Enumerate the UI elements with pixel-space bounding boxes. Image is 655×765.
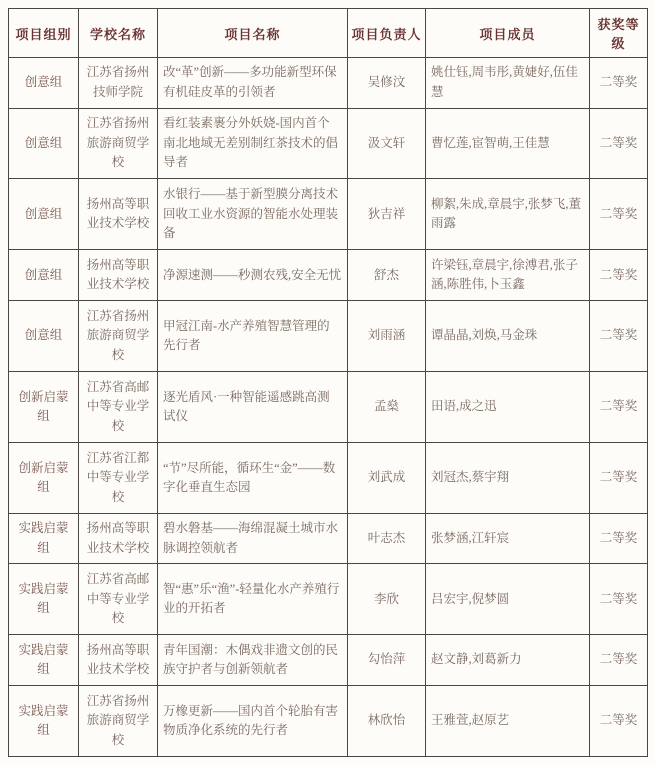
header-leader: 项目负责人 [348, 9, 426, 58]
cell-project: 智“惠”乐“渔”-轻量化水产养殖行业的开拓者 [158, 564, 348, 635]
cell-project: 青年国潮：木偶戏非遗文创的民族守护者与创新领航者 [158, 635, 348, 686]
table-row: 创意组江苏省扬州旅游商贸学校看红装素裹分外妖娆-国内首个南北地域无差别制红茶技术… [9, 108, 648, 179]
cell-leader: 李欣 [348, 564, 426, 635]
cell-leader: 舒杰 [348, 250, 426, 301]
cell-school: 扬州高等职业技术学校 [79, 250, 158, 301]
cell-group: 创意组 [9, 58, 79, 109]
cell-leader: 勾怡萍 [348, 635, 426, 686]
cell-award: 二等奖 [590, 635, 648, 686]
cell-group: 创意组 [9, 179, 79, 250]
cell-project: 甲冠江南-水产养殖智慧管理的先行者 [158, 300, 348, 371]
cell-leader: 汲文轩 [348, 108, 426, 179]
header-project: 项目名称 [158, 9, 348, 58]
cell-leader: 刘雨涵 [348, 300, 426, 371]
cell-project: 万橡更新——国内首个轮胎有害物质净化系统的先行者 [158, 685, 348, 756]
table-row: 实践启蒙组江苏省高邮中等专业学校智“惠”乐“渔”-轻量化水产养殖行业的开拓者李欣… [9, 564, 648, 635]
table-row: 实践启蒙组江苏省扬州旅游商贸学校万橡更新——国内首个轮胎有害物质净化系统的先行者… [9, 685, 648, 756]
table-row: 实践启蒙组扬州高等职业技术学校碧水磐基——海绵混凝土城市水脉调控领航者叶志杰张梦… [9, 513, 648, 564]
cell-school: 江苏省扬州旅游商贸学校 [79, 300, 158, 371]
cell-group: 实践启蒙组 [9, 635, 79, 686]
table-body: 创意组江苏省扬州技师学院改“革”创新——多功能新型环保有机硅皮革的引领者吴修汶姚… [9, 58, 648, 757]
cell-school: 扬州高等职业技术学校 [79, 179, 158, 250]
header-members: 项目成员 [426, 9, 590, 58]
table-row: 创意组江苏省扬州旅游商贸学校甲冠江南-水产养殖智慧管理的先行者刘雨涵谭晶晶,刘焕… [9, 300, 648, 371]
table-row: 创新启蒙组江苏省江都中等专业学校“节”尽所能，循环生“金”——数字化垂直生态园刘… [9, 442, 648, 513]
table-header: 项目组别 学校名称 项目名称 项目负责人 项目成员 获奖等级 [9, 9, 648, 58]
cell-school: 江苏省高邮中等专业学校 [79, 564, 158, 635]
cell-award: 二等奖 [590, 442, 648, 513]
cell-group: 创新启蒙组 [9, 442, 79, 513]
cell-project: 碧水磐基——海绵混凝土城市水脉调控领航者 [158, 513, 348, 564]
cell-school: 江苏省高邮中等专业学校 [79, 371, 158, 442]
cell-award: 二等奖 [590, 58, 648, 109]
cell-school: 江苏省扬州旅游商贸学校 [79, 108, 158, 179]
cell-members: 曹忆莲,宦智萌,王佳慧 [426, 108, 590, 179]
cell-group: 创意组 [9, 250, 79, 301]
cell-award: 二等奖 [590, 513, 648, 564]
cell-project: 逐光盾风·一种智能遥感跳高测试仪 [158, 371, 348, 442]
cell-group: 实践启蒙组 [9, 685, 79, 756]
table-row: 创意组扬州高等职业技术学校水银行——基于新型膜分离技术回收工业水资源的智能水处理… [9, 179, 648, 250]
cell-members: 田语,成之迅 [426, 371, 590, 442]
cell-award: 二等奖 [590, 250, 648, 301]
cell-project: 改“革”创新——多功能新型环保有机硅皮革的引领者 [158, 58, 348, 109]
cell-leader: 叶志杰 [348, 513, 426, 564]
cell-award: 二等奖 [590, 300, 648, 371]
cell-award: 二等奖 [590, 371, 648, 442]
cell-group: 创意组 [9, 108, 79, 179]
cell-leader: 狄吉祥 [348, 179, 426, 250]
cell-leader: 孟燊 [348, 371, 426, 442]
header-group: 项目组别 [9, 9, 79, 58]
cell-project: 水银行——基于新型膜分离技术回收工业水资源的智能水处理装备 [158, 179, 348, 250]
cell-members: 柳絮,朱成,章晨宇,张梦飞,董雨露 [426, 179, 590, 250]
cell-group: 实践启蒙组 [9, 564, 79, 635]
awards-table: 项目组别 学校名称 项目名称 项目负责人 项目成员 获奖等级 创意组江苏省扬州技… [8, 8, 648, 757]
cell-members: 刘冠杰,蔡宇翔 [426, 442, 590, 513]
cell-award: 二等奖 [590, 564, 648, 635]
cell-members: 吕宏宇,倪梦圆 [426, 564, 590, 635]
cell-members: 张梦涵,江轩宸 [426, 513, 590, 564]
header-award: 获奖等级 [590, 9, 648, 58]
cell-school: 江苏省扬州技师学院 [79, 58, 158, 109]
cell-project: 看红装素裹分外妖娆-国内首个南北地域无差别制红茶技术的倡导者 [158, 108, 348, 179]
table-row: 创意组江苏省扬州技师学院改“革”创新——多功能新型环保有机硅皮革的引领者吴修汶姚… [9, 58, 648, 109]
cell-group: 创意组 [9, 300, 79, 371]
cell-project: 净源速测——秒测农残,安全无忧 [158, 250, 348, 301]
award-list-page: 项目组别 学校名称 项目名称 项目负责人 项目成员 获奖等级 创意组江苏省扬州技… [0, 0, 655, 765]
cell-school: 江苏省江都中等专业学校 [79, 442, 158, 513]
header-row: 项目组别 学校名称 项目名称 项目负责人 项目成员 获奖等级 [9, 9, 648, 58]
cell-group: 创新启蒙组 [9, 371, 79, 442]
table-row: 实践启蒙组扬州高等职业技术学校青年国潮：木偶戏非遗文创的民族守护者与创新领航者勾… [9, 635, 648, 686]
cell-members: 姚仕钰,周韦彤,黄婕好,伍佳慧 [426, 58, 590, 109]
cell-leader: 林欣怡 [348, 685, 426, 756]
cell-leader: 刘武成 [348, 442, 426, 513]
cell-school: 扬州高等职业技术学校 [79, 513, 158, 564]
header-school: 学校名称 [79, 9, 158, 58]
cell-award: 二等奖 [590, 108, 648, 179]
table-row: 创意组扬州高等职业技术学校净源速测——秒测农残,安全无忧舒杰许梁钰,章晨宇,徐溥… [9, 250, 648, 301]
cell-school: 江苏省扬州旅游商贸学校 [79, 685, 158, 756]
cell-members: 谭晶晶,刘焕,马金珠 [426, 300, 590, 371]
cell-group: 实践启蒙组 [9, 513, 79, 564]
cell-members: 王雅萱,赵原艺 [426, 685, 590, 756]
cell-award: 二等奖 [590, 685, 648, 756]
cell-members: 赵文静,刘葛新力 [426, 635, 590, 686]
cell-project: “节”尽所能，循环生“金”——数字化垂直生态园 [158, 442, 348, 513]
cell-school: 扬州高等职业技术学校 [79, 635, 158, 686]
cell-members: 许梁钰,章晨宇,徐溥君,张子涵,陈胜伟,卜玉鑫 [426, 250, 590, 301]
table-row: 创新启蒙组江苏省高邮中等专业学校逐光盾风·一种智能遥感跳高测试仪孟燊田语,成之迅… [9, 371, 648, 442]
cell-leader: 吴修汶 [348, 58, 426, 109]
cell-award: 二等奖 [590, 179, 648, 250]
